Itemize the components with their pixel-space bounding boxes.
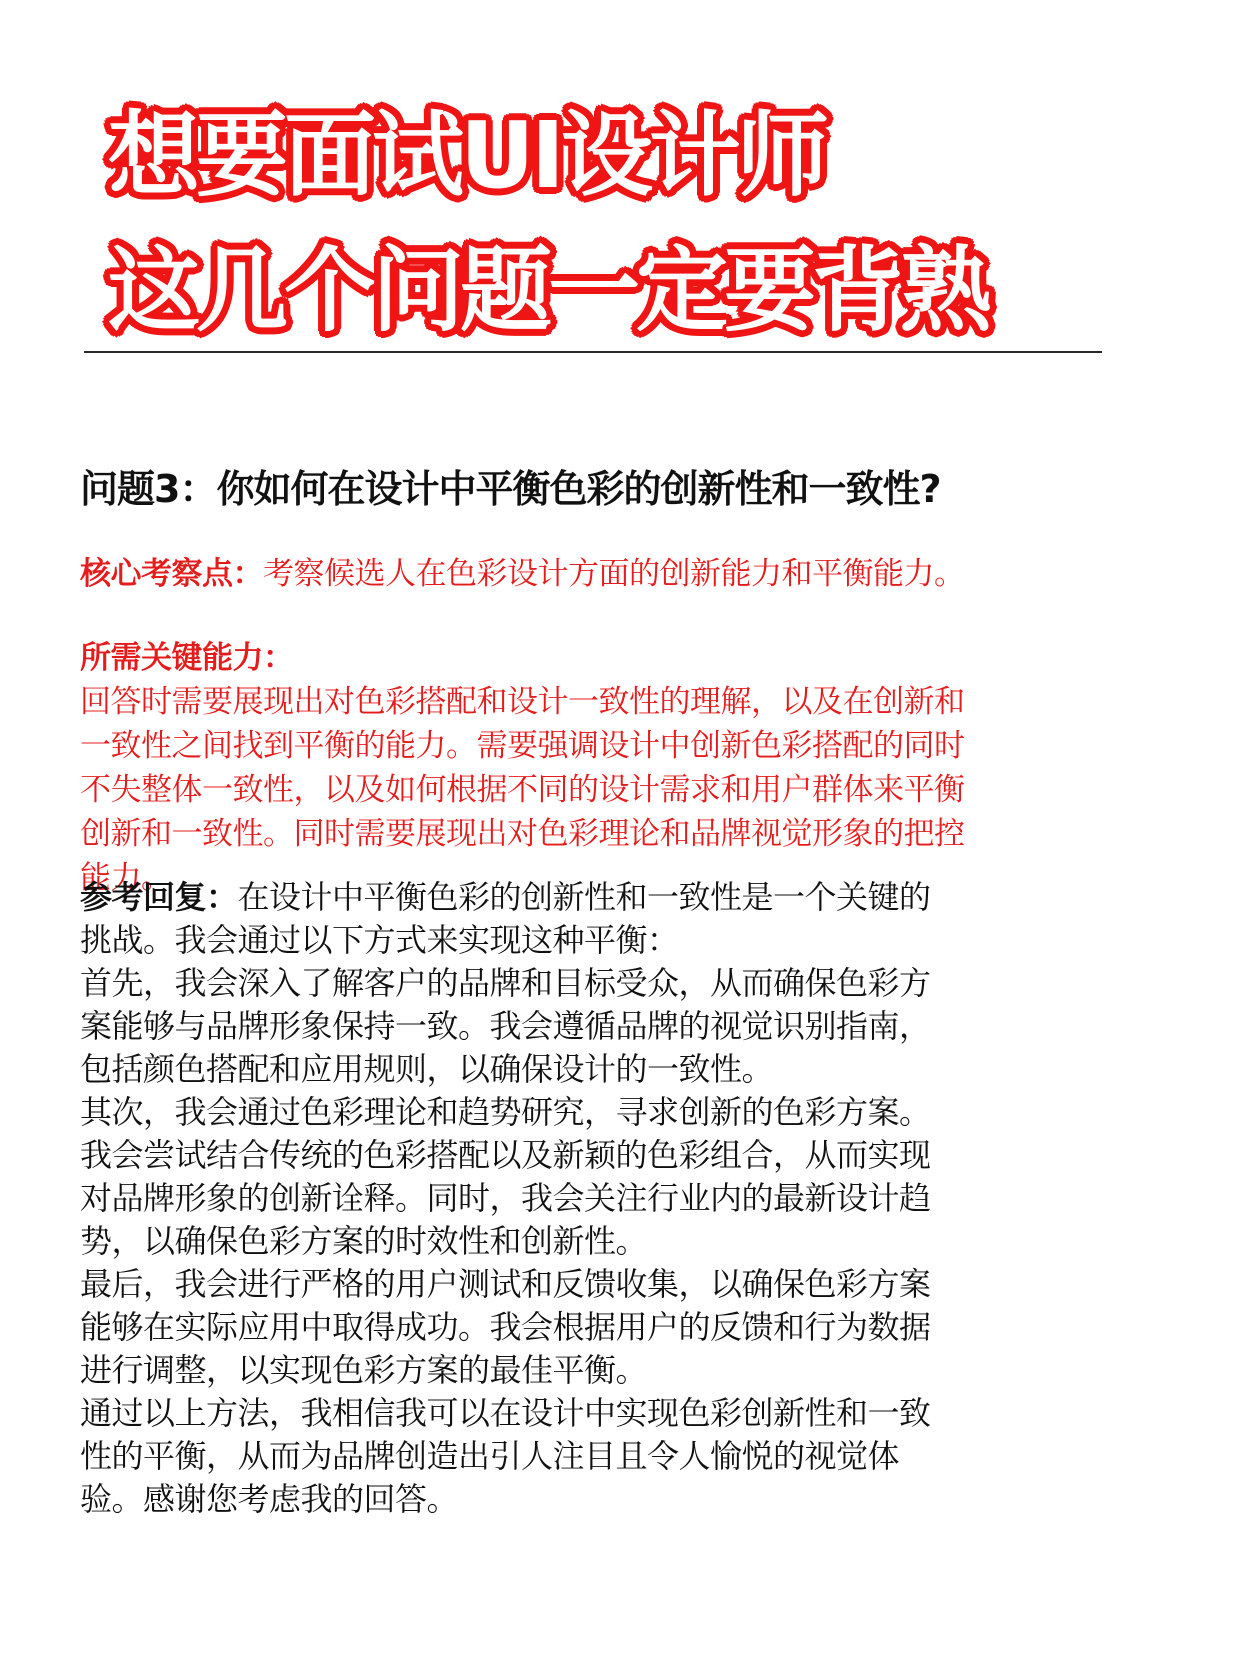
key-ability-line: 不失整体一致性，以及如何根据不同的设计需求和用户群体来平衡 [80,768,1170,812]
core-point: 核心考察点：考察候选人在色彩设计方面的创新能力和平衡能力。 [80,548,1170,593]
answer-line: 进行调整，以实现色彩方案的最佳平衡。 [80,1349,1170,1392]
reference-answer-first-line: 参考回复：在设计中平衡色彩的创新性和一致性是一个关键的 [80,876,1170,919]
answer-line: 通过以上方法，我相信我可以在设计中实现色彩创新性和一致 [80,1392,1170,1435]
answer-line: 最后，我会进行严格的用户测试和反馈收集，以确保色彩方案 [80,1263,1170,1306]
divider [84,351,1102,353]
page-title-line-2: 这几个问题一定要背熟 [108,245,988,337]
reference-answer-section: 参考回复：在设计中平衡色彩的创新性和一致性是一个关键的 挑战。我会通过以下方式来… [80,876,1170,1521]
answer-line: 案能够与品牌形象保持一致。我会遵循品牌的视觉识别指南， [80,1005,1170,1048]
answer-line: 能够在实际应用中取得成功。我会根据用户的反馈和行为数据 [80,1306,1170,1349]
key-ability-line: 回答时需要展现出对色彩搭配和设计一致性的理解，以及在创新和 [80,680,1170,724]
reference-answer-text: 在设计中平衡色彩的创新性和一致性是一个关键的 [238,878,931,916]
reference-answer-label: 参考回复： [80,878,238,916]
answer-line: 包括颜色搭配和应用规则，以确保设计的一致性。 [80,1048,1170,1091]
key-ability-line: 创新和一致性。同时需要展现出对色彩理论和品牌视觉形象的把控 [80,812,1170,856]
answer-line: 其次，我会通过色彩理论和趋势研究，寻求创新的色彩方案。 [80,1091,1170,1134]
key-ability-line: 一致性之间找到平衡的能力。需要强调设计中创新色彩搭配的同时 [80,724,1170,768]
core-point-text: 考察候选人在色彩设计方面的创新能力和平衡能力。 [263,556,965,592]
question-heading: 问题3：你如何在设计中平衡色彩的创新性和一致性? [80,458,1170,513]
page-title-line-1: 想要面试UI设计师 [108,110,825,202]
answer-line: 性的平衡，从而为品牌创造出引人注目且令人愉悦的视觉体 [80,1435,1170,1478]
answer-line: 势，以确保色彩方案的时效性和创新性。 [80,1220,1170,1263]
answer-line: 对品牌形象的创新诠释。同时，我会关注行业内的最新设计趋 [80,1177,1170,1220]
answer-line: 验。感谢您考虑我的回答。 [80,1478,1170,1521]
answer-line: 首先，我会深入了解客户的品牌和目标受众，从而确保色彩方 [80,962,1170,1005]
answer-line: 挑战。我会通过以下方式来实现这种平衡： [80,919,1170,962]
core-point-label: 核心考察点： [80,556,263,592]
answer-line: 我会尝试结合传统的色彩搭配以及新颖的色彩组合，从而实现 [80,1134,1170,1177]
key-ability-section: 所需关键能力： 回答时需要展现出对色彩搭配和设计一致性的理解，以及在创新和 一致… [80,636,1170,900]
key-ability-label: 所需关键能力： [80,636,1170,680]
